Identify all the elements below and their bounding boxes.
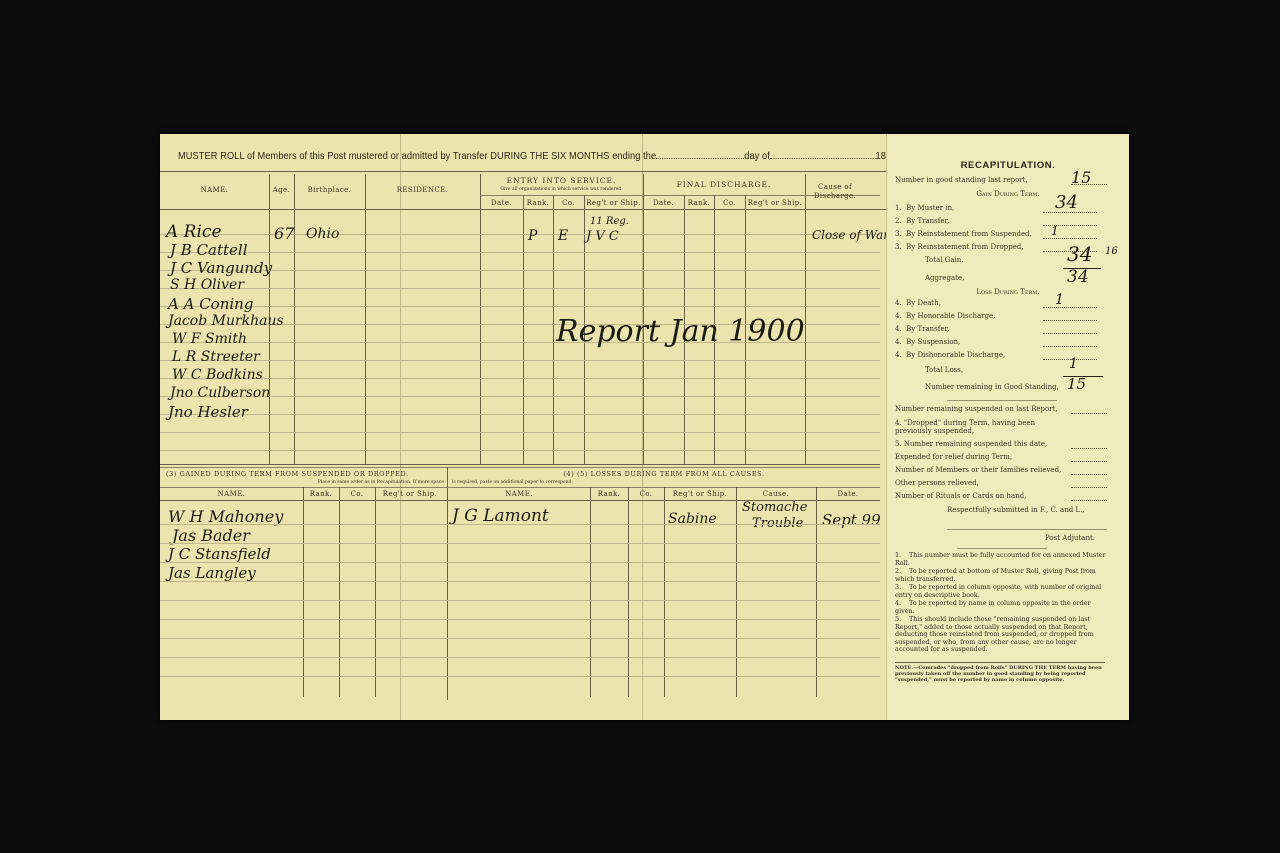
muster-roll-sheet: MUSTER ROLL of Members of this Post must… <box>160 134 1128 720</box>
member-entry-regt-line2: J V C <box>586 229 619 244</box>
header-discharge-date: Date. <box>643 199 684 207</box>
member-age: 67 <box>274 224 294 243</box>
losses-header-regt: Reg't or Ship. <box>664 490 736 498</box>
recap-gain-row: 1. By Muster in, <box>895 204 954 212</box>
recap-num: 3. <box>895 230 902 238</box>
recap-label: 4. "Dropped" during Term, having been pr… <box>895 419 1035 435</box>
recap-submitted: Respectfully submitted in F., C. and L., <box>947 506 1085 514</box>
row-rule <box>160 676 880 677</box>
row-rule <box>160 619 880 620</box>
row-rule <box>160 581 880 582</box>
header-discharge-regt: Reg't or Ship. <box>745 199 805 207</box>
losses-header-cause: Cause. <box>736 490 816 498</box>
report-annotation: Report Jan 1900 <box>556 314 805 349</box>
recap-footnote: 1.This number must be fully accounted fo… <box>895 552 1107 567</box>
title-day-blank <box>656 158 744 159</box>
recap-blank <box>1071 487 1107 488</box>
recap-gain-row: 2. By Transfer, <box>895 217 949 225</box>
gained-note: Place in same order as in Recapitulation… <box>220 480 444 485</box>
title-month-blank <box>770 158 876 159</box>
recap-num: 4. <box>895 325 902 333</box>
member-name: J B Cattell <box>170 241 248 259</box>
col-line <box>553 195 554 464</box>
recapitulation-panel: RECAPITULATION. Number in good standing … <box>886 134 1129 720</box>
recap-num: 4. <box>895 299 902 307</box>
header-discharge-co: Co. <box>714 199 745 207</box>
col-line <box>816 487 817 697</box>
member-name: W F Smith <box>172 331 247 347</box>
gained-header-name: NAME. <box>160 490 303 498</box>
recap-death-value: 1 <box>1055 292 1064 308</box>
gained-member-name: J C Stansfield <box>168 545 271 563</box>
recap-loss-row: 4. By Death, <box>895 299 941 307</box>
row-rule <box>160 638 880 639</box>
member-entry-regt-line1: 11 Reg. <box>590 216 629 227</box>
recap-suspended-item: Expended for relief during Term, <box>895 453 1012 461</box>
lost-member-name: J G Lamont <box>452 506 549 526</box>
row-rule <box>160 306 880 307</box>
header-name: NAME. <box>160 186 269 194</box>
recap-label: By Suspension, <box>906 338 960 346</box>
recap-label: By Muster in, <box>906 204 954 212</box>
recap-num: 4. <box>895 351 902 359</box>
recap-num: 4. <box>895 338 902 346</box>
recap-label: By Dishonorable Discharge, <box>906 351 1005 359</box>
recap-num: 1. <box>895 204 902 212</box>
col-line <box>339 487 340 697</box>
col-line <box>365 174 366 464</box>
losses-note: is required, paste on additional paper t… <box>452 480 573 485</box>
header-entry-rank: Rank. <box>523 199 553 207</box>
row-rule <box>160 524 880 525</box>
header-rule <box>160 171 888 172</box>
row-rule <box>160 450 880 451</box>
member-name: A Rice <box>166 222 222 242</box>
recap-loss-row: 4. By Honorable Discharge, <box>895 312 995 320</box>
losses-header-rank: Rank. <box>590 490 628 498</box>
recap-title: RECAPITULATION. <box>887 160 1129 171</box>
table-separator <box>447 467 448 700</box>
recap-label: By Transfer, <box>906 217 949 225</box>
recap-label: Expended for relief during Term, <box>895 453 1012 461</box>
footnote-text: To be reported by name in column opposit… <box>895 599 1090 615</box>
header-age: Age. <box>269 186 294 194</box>
row-rule <box>160 252 880 253</box>
row-rule <box>160 543 880 544</box>
member-name: Jacob Murkhaus <box>168 313 284 329</box>
recap-loss-row: 4. By Transfer, <box>895 325 949 333</box>
header-entry-note: Give all organizations in which service … <box>480 187 643 192</box>
col-line <box>294 174 295 464</box>
document-title: MUSTER ROLL of Members of this Post must… <box>178 150 918 162</box>
recap-blank <box>1043 238 1097 239</box>
recap-suspended-item: Number of Members or their families reli… <box>895 466 1061 474</box>
header-birthplace: Birthplace. <box>294 186 365 194</box>
signature-line[interactable] <box>947 529 1107 530</box>
col-line <box>590 487 591 697</box>
lost-member-cause-line1: Stomache <box>742 500 807 515</box>
recap-label: Number remaining in Good Standing, <box>925 383 1059 391</box>
lost-member-date: Sept 99 <box>822 511 881 529</box>
recap-label: By Honorable Discharge, <box>906 312 995 320</box>
recap-footnote: 3.To be reported in column opposite, wit… <box>895 584 1107 599</box>
recap-footnote: 5.This should include those "remaining s… <box>895 616 1107 654</box>
recap-signature-label: Post Adjutant. <box>1045 534 1095 542</box>
member-name: Jno Hesler <box>168 403 248 421</box>
member-name: S H Oliver <box>170 277 244 293</box>
recap-suspended-item: Number of Rituals or Cards on hand, <box>895 492 1026 500</box>
recap-good-standing-last: Number in good standing last report, <box>895 176 1028 184</box>
recap-blank <box>1043 333 1097 334</box>
gained-member-name: Jas Langley <box>168 564 256 582</box>
divider <box>947 400 1057 401</box>
header-entry-date: Date. <box>480 199 523 207</box>
recap-blank <box>1043 307 1097 308</box>
losses-title: (4) (5) LOSSES DURING TERM FROM ALL CAUS… <box>448 470 880 478</box>
losses-header-date: Date. <box>816 490 880 498</box>
recap-total-gain: Total Gain, <box>925 256 964 264</box>
row-rule <box>160 234 880 235</box>
recap-label: Number in good standing last report, <box>895 176 1028 184</box>
recap-footnote: 2.To be reported at bottom of Muster Rol… <box>895 568 1107 583</box>
recap-label: Number of Rituals or Cards on hand, <box>895 492 1026 500</box>
title-day-label: day of <box>744 150 770 162</box>
recap-blank <box>1043 320 1097 321</box>
gained-header-rank: Rank. <box>303 490 339 498</box>
recap-num: 3. <box>895 243 902 251</box>
divider <box>895 662 1105 663</box>
recap-blank <box>1071 461 1107 462</box>
col-line <box>523 195 524 464</box>
row-rule <box>160 378 880 379</box>
recap-note: NOTE.—Comrades "dropped from Rolls" DURI… <box>895 665 1107 683</box>
row-rule <box>160 600 880 601</box>
gained-title: (3) GAINED DURING TERM FROM SUSPENDED OR… <box>166 470 409 478</box>
member-name: A A Coning <box>168 295 253 313</box>
recap-remaining-good: Number remaining in Good Standing, <box>925 383 1059 391</box>
recap-suspended-item: 5. Number remaining suspended this date, <box>895 440 1047 448</box>
member-cause-of-discharge: Close of War <box>812 228 889 242</box>
recap-gain-row: 3. By Reinstatement from Dropped, <box>895 243 1023 251</box>
member-name: L R Streeter <box>172 349 260 365</box>
recap-aggregate-value: 34 <box>1067 267 1089 287</box>
recap-suspended-item: Number remaining suspended on last Repor… <box>895 405 1058 413</box>
footnote-text: This number must be fully accounted for … <box>895 551 1106 567</box>
header-final-discharge: FINAL DISCHARGE. <box>643 180 805 189</box>
recap-total-loss-value: 1 <box>1069 356 1078 372</box>
recap-label: 5. Number remaining suspended this date, <box>895 440 1047 448</box>
row-rule <box>160 414 880 415</box>
recap-suspended-item: Other persons relieved, <box>895 479 979 487</box>
recap-gain-heading: Gain During Term. <box>887 190 1129 198</box>
recap-reinstated-suspended-value: 1 <box>1051 224 1059 238</box>
title-text: MUSTER ROLL of Members of this Post must… <box>178 150 656 162</box>
member-name: W C Bodkins <box>172 367 263 383</box>
muster-roll-panel: MUSTER ROLL of Members of this Post must… <box>160 134 888 720</box>
col-line <box>736 487 737 697</box>
recap-label: Other persons relieved, <box>895 479 979 487</box>
recap-loss-row: 4. By Suspension, <box>895 338 960 346</box>
col-line <box>805 174 806 464</box>
gained-header-rule <box>160 487 880 488</box>
recap-blank <box>1071 448 1107 449</box>
header-discharge-rank: Rank. <box>684 199 714 207</box>
header-residence: RESIDENCE. <box>365 186 480 194</box>
recap-loss-row: 4. By Dishonorable Discharge, <box>895 351 1005 359</box>
col-line <box>664 487 665 697</box>
header-entry-co: Co. <box>553 199 584 207</box>
member-name: Jno Culberson <box>170 385 270 401</box>
recap-label: Total Loss, <box>925 366 963 374</box>
recap-blank <box>1071 474 1107 475</box>
header-cause-of-discharge: Cause of Discharge. <box>810 183 860 201</box>
footnote-text: This should include those "remaining sus… <box>895 615 1094 653</box>
recap-label: Total Gain, <box>925 256 964 264</box>
row-rule <box>160 360 880 361</box>
losses-header-name: NAME. <box>448 490 590 498</box>
section-rule <box>160 464 880 465</box>
section-rule <box>160 467 880 468</box>
member-entry-co: E <box>558 228 568 244</box>
recap-muster-in-value: 34 <box>1055 192 1078 213</box>
col-line <box>375 487 376 697</box>
col-line <box>628 487 629 697</box>
fold-line <box>400 134 401 720</box>
recap-suspended-item: 4. "Dropped" during Term, having been pr… <box>895 419 1065 435</box>
recap-blank <box>1071 500 1107 501</box>
recap-remaining-good-value: 15 <box>1067 375 1086 393</box>
header-entry-regt: Reg't or Ship. <box>584 199 643 207</box>
row-rule <box>160 562 880 563</box>
losses-header-co: Co. <box>628 490 664 498</box>
recap-footnote: 4.To be reported by name in column oppos… <box>895 600 1107 615</box>
recap-good-standing-last-value: 15 <box>1071 168 1091 187</box>
recap-label: By Reinstatement from Suspended, <box>906 230 1032 238</box>
footnote-text: To be reported at bottom of Muster Roll,… <box>895 567 1096 583</box>
footnote-text: To be reported in column opposite, with … <box>895 583 1101 599</box>
header-entry-into-service: ENTRY INTO SERVICE. <box>480 176 643 185</box>
recap-label: Number of Members or their families reli… <box>895 466 1061 474</box>
recap-total-gain-margin-note: 16 <box>1105 246 1118 257</box>
recap-label: Number remaining suspended on last Repor… <box>895 405 1058 413</box>
recap-total-loss: Total Loss, <box>925 366 963 374</box>
recap-label: Aggregate, <box>925 274 964 282</box>
recap-num: 4. <box>895 312 902 320</box>
member-name: J C Vangundy <box>170 259 272 277</box>
gained-header-regt: Reg't or Ship. <box>375 490 445 498</box>
recap-gain-row: 3. By Reinstatement from Suspended, <box>895 230 1032 238</box>
member-entry-rank: P <box>528 228 537 244</box>
divider <box>957 548 1047 549</box>
recap-blank <box>1071 413 1107 414</box>
gained-header-co: Co. <box>339 490 375 498</box>
recap-blank <box>1043 346 1097 347</box>
col-line <box>480 174 481 464</box>
recap-loss-heading: Loss During Term. <box>887 288 1129 296</box>
row-rule <box>160 288 880 289</box>
recap-num: 2. <box>895 217 902 225</box>
recap-total-gain-value: 34 <box>1067 242 1092 266</box>
member-birthplace: Ohio <box>306 226 339 242</box>
recap-label: By Transfer, <box>906 325 949 333</box>
col-line <box>303 487 304 697</box>
row-rule <box>160 657 880 658</box>
recap-aggregate: Aggregate, <box>925 274 964 282</box>
row-rule <box>160 432 880 433</box>
recap-label: By Death, <box>906 299 941 307</box>
recap-label: By Reinstatement from Dropped, <box>906 243 1023 251</box>
